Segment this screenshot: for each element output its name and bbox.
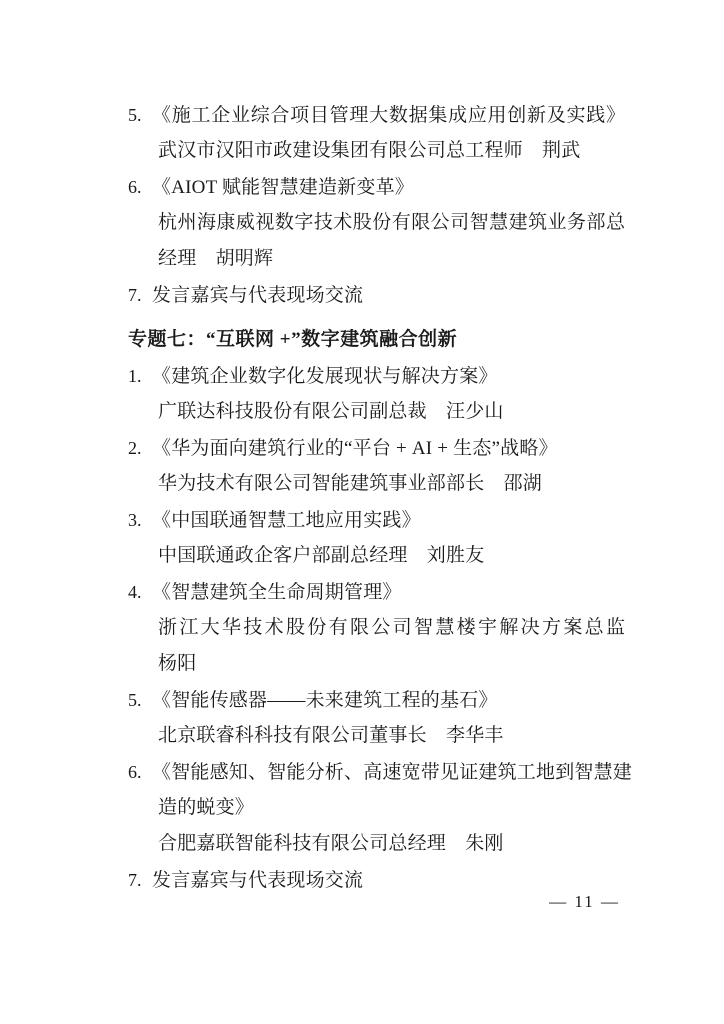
item-number: 1. xyxy=(128,358,152,394)
speaker-text: 杭州海康威视数字技术股份有限公司智慧建筑业务部总 xyxy=(158,205,625,241)
item-title: 《智能传感器——未来建筑工程的基石》 xyxy=(152,683,625,719)
item-title: 《华为面向建筑行业的“平台 + AI + 生态”战略》 xyxy=(152,431,625,467)
agenda-item: 6. 《智能感知、智能分析、高速宽带见证建筑工地到智慧建 xyxy=(128,754,625,790)
section-heading-text: 专题七：“互联网 +”数字建筑融合创新 xyxy=(128,322,625,358)
item-title: 《智能感知、智能分析、高速宽带见证建筑工地到智慧建 xyxy=(152,755,632,791)
item-title: 《中国联通智慧工地应用实践》 xyxy=(152,503,625,539)
speaker-text: 经理 胡明辉 xyxy=(158,241,625,277)
item-title: 发言嘉宾与代表现场交流 xyxy=(152,278,625,314)
speaker-line: 杨阳 xyxy=(128,646,625,682)
speaker-line: 浙江大华技术股份有限公司智慧楼宇解决方案总监 xyxy=(128,610,625,646)
agenda-item: 1. 《建筑企业数字化发展现状与解决方案》 xyxy=(128,358,625,394)
speaker-text: 杨阳 xyxy=(158,646,625,682)
speaker-line: 华为技术有限公司智能建筑事业部部长 邵湖 xyxy=(128,466,625,502)
speaker-text: 广联达科技股份有限公司副总裁 汪少山 xyxy=(158,394,625,430)
item-number: 5. xyxy=(128,682,152,718)
item-title: 《建筑企业数字化发展现状与解决方案》 xyxy=(152,359,625,395)
page-number: — 11 — xyxy=(549,888,620,916)
item-number: 6. xyxy=(128,169,152,205)
speaker-line: 经理 胡明辉 xyxy=(128,241,625,277)
speaker-line: 合肥嘉联智能科技有限公司总经理 朱刚 xyxy=(128,826,625,862)
speaker-line: 广联达科技股份有限公司副总裁 汪少山 xyxy=(128,394,625,430)
agenda-item: 2. 《华为面向建筑行业的“平台 + AI + 生态”战略》 xyxy=(128,430,625,466)
item-number: 3. xyxy=(128,502,152,538)
section-heading: 专题七：“互联网 +”数字建筑融合创新 xyxy=(128,322,625,358)
agenda-item: 3. 《中国联通智慧工地应用实践》 xyxy=(128,502,625,538)
item-title: 《智慧建筑全生命周期管理》 xyxy=(152,575,625,611)
agenda-body: 5. 《施工企业综合项目管理大数据集成应用创新及实践》 武汉市汉阳市政建设集团有… xyxy=(128,97,625,898)
agenda-item: 5. 《智能传感器——未来建筑工程的基石》 xyxy=(128,682,625,718)
speaker-text: 合肥嘉联智能科技有限公司总经理 朱刚 xyxy=(158,826,625,862)
item-number: 6. xyxy=(128,754,152,790)
item-number: 5. xyxy=(128,97,152,133)
item-title-continuation: 造的蜕变》 xyxy=(128,790,625,826)
speaker-text: 浙江大华技术股份有限公司智慧楼宇解决方案总监 xyxy=(158,610,625,646)
agenda-item: 6. 《AIOT 赋能智慧建造新变革》 xyxy=(128,169,625,205)
speaker-line: 武汉市汉阳市政建设集团有限公司总工程师 荆武 xyxy=(128,133,625,169)
agenda-item: 5. 《施工企业综合项目管理大数据集成应用创新及实践》 xyxy=(128,97,625,133)
agenda-item: 4. 《智慧建筑全生命周期管理》 xyxy=(128,574,625,610)
speaker-text: 武汉市汉阳市政建设集团有限公司总工程师 荆武 xyxy=(158,133,625,169)
speaker-text: 中国联通政企客户部副总经理 刘胜友 xyxy=(158,538,625,574)
speaker-text: 华为技术有限公司智能建筑事业部部长 邵湖 xyxy=(158,466,625,502)
item-title: 《AIOT 赋能智慧建造新变革》 xyxy=(152,170,625,206)
item-title: 《施工企业综合项目管理大数据集成应用创新及实践》 xyxy=(152,98,625,134)
speaker-text: 北京联睿科科技有限公司董事长 李华丰 xyxy=(158,718,625,754)
agenda-item: 7. 发言嘉宾与代表现场交流 xyxy=(128,277,625,313)
speaker-line: 北京联睿科科技有限公司董事长 李华丰 xyxy=(128,718,625,754)
item-title-text: 造的蜕变》 xyxy=(158,790,625,826)
item-number: 4. xyxy=(128,574,152,610)
document-page: 5. 《施工企业综合项目管理大数据集成应用创新及实践》 武汉市汉阳市政建设集团有… xyxy=(0,0,724,1024)
item-number: 7. xyxy=(128,277,152,313)
speaker-line: 中国联通政企客户部副总经理 刘胜友 xyxy=(128,538,625,574)
item-number: 2. xyxy=(128,430,152,466)
speaker-line: 杭州海康威视数字技术股份有限公司智慧建筑业务部总 xyxy=(128,205,625,241)
item-number: 7. xyxy=(128,862,152,898)
